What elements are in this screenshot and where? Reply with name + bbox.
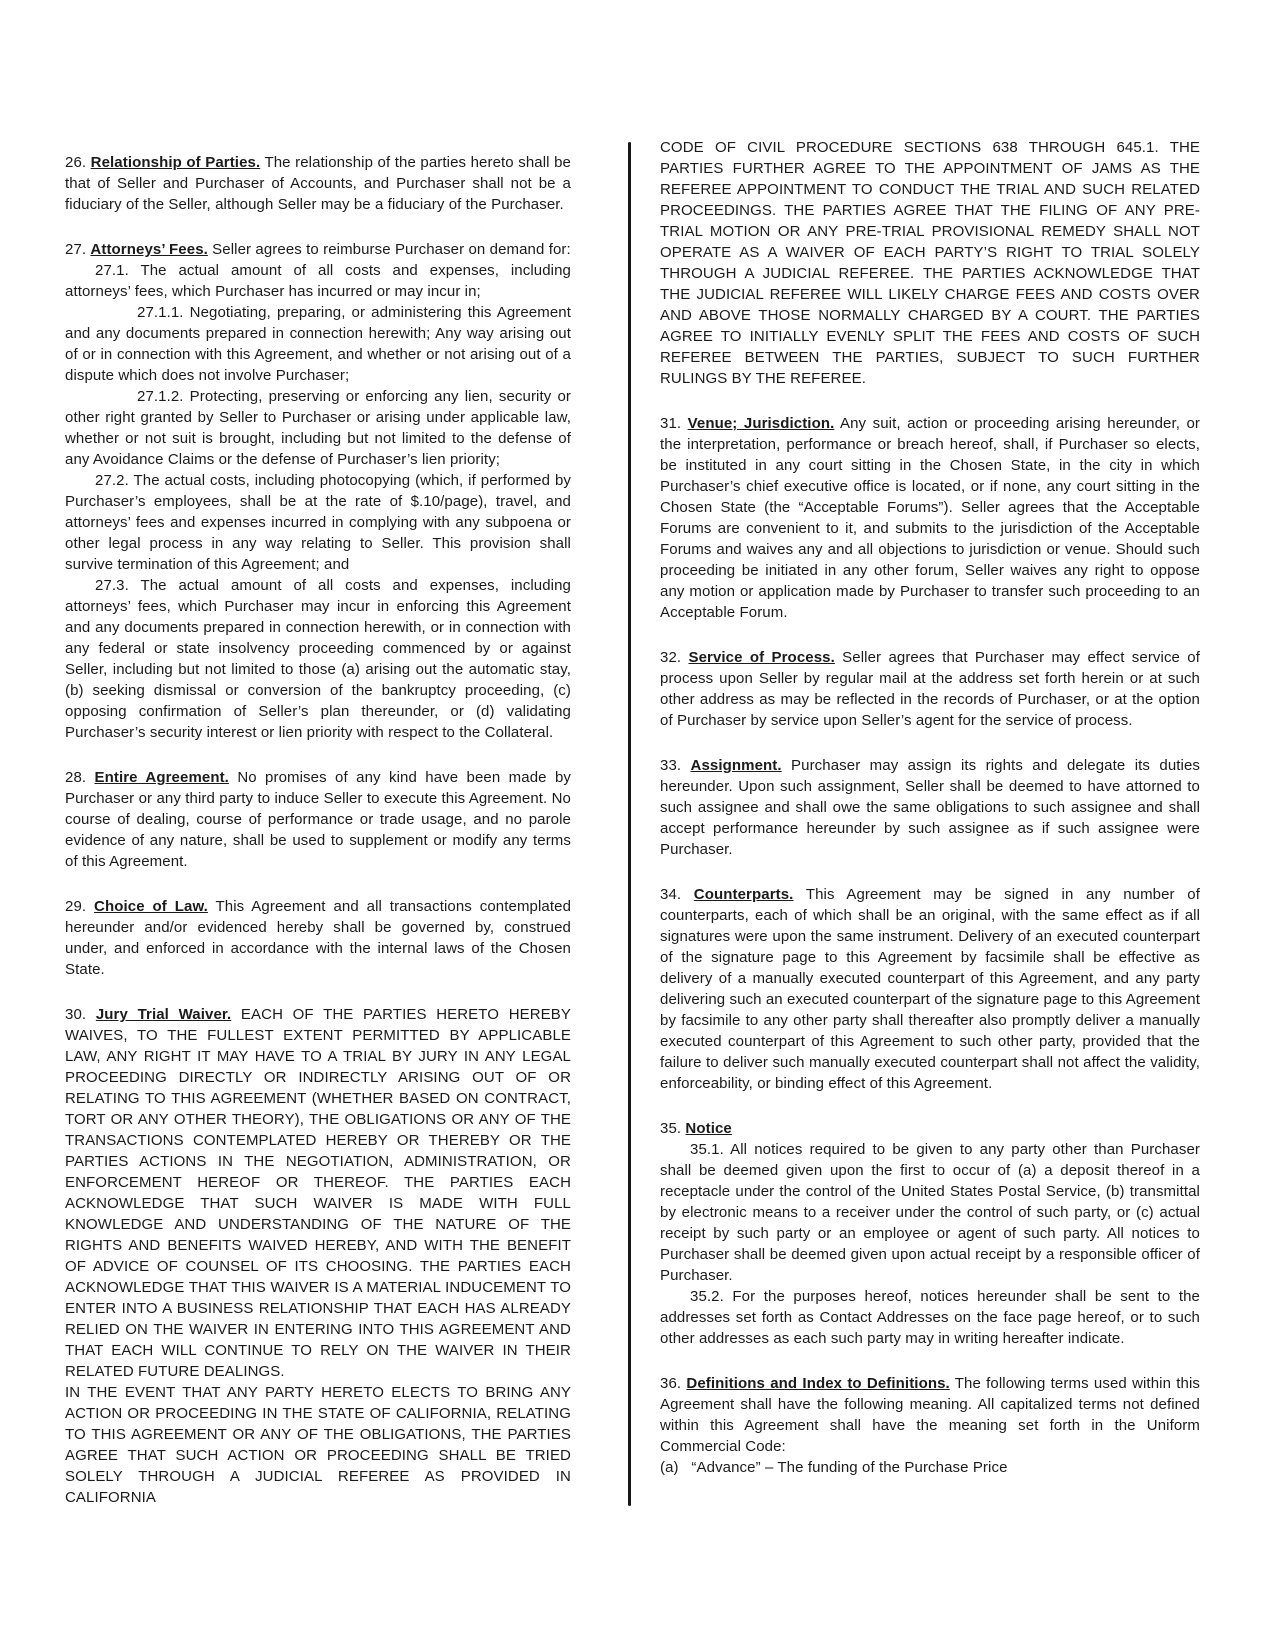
paragraph: 27.3. The actual amount of all costs and… xyxy=(65,575,571,743)
section-number: 34. xyxy=(660,886,694,903)
section-number: 36. xyxy=(660,1375,686,1392)
section-paragraph: 29. Choice of Law. This Agreement and al… xyxy=(65,896,571,980)
section-number: 28. xyxy=(65,769,95,786)
paragraph: (a) “Advance” – The funding of the Purch… xyxy=(660,1457,1200,1478)
right-column: CODE OF CIVIL PROCEDURE SECTIONS 638 THR… xyxy=(660,137,1200,1478)
paragraph: 27.1.1. Negotiating, preparing, or admin… xyxy=(65,302,571,386)
section-number: 31. xyxy=(660,415,688,432)
section-title: Counterparts. xyxy=(694,886,794,903)
paragraph: 27.2. The actual costs, including photoc… xyxy=(65,470,571,575)
section-paragraph: 30. Jury Trial Waiver. EACH OF THE PARTI… xyxy=(65,1004,571,1382)
section-paragraph: 36. Definitions and Index to Definitions… xyxy=(660,1373,1200,1457)
section-paragraph: 31. Venue; Jurisdiction. Any suit, actio… xyxy=(660,413,1200,623)
section-number: 30. xyxy=(65,1006,96,1023)
section-paragraph: 32. Service of Process. Seller agrees th… xyxy=(660,647,1200,731)
paragraph: CODE OF CIVIL PROCEDURE SECTIONS 638 THR… xyxy=(660,137,1200,389)
section-paragraph: 34. Counterparts. This Agreement may be … xyxy=(660,884,1200,1094)
section-paragraph: 27. Attorneys’ Fees. Seller agrees to re… xyxy=(65,239,571,260)
document-page: 26. Relationship of Parties. The relatio… xyxy=(0,0,1275,1650)
paragraph: 27.1.2. Protecting, preserving or enforc… xyxy=(65,386,571,470)
section-number: 32. xyxy=(660,649,688,666)
section-title: Attorneys’ Fees. xyxy=(90,241,207,258)
section-title: Definitions and Index to Definitions. xyxy=(686,1375,949,1392)
paragraph: 27.1. The actual amount of all costs and… xyxy=(65,260,571,302)
section-title: Jury Trial Waiver. xyxy=(96,1006,231,1023)
section-number: 33. xyxy=(660,757,691,774)
paragraph: IN THE EVENT THAT ANY PARTY HERETO ELECT… xyxy=(65,1382,571,1508)
section-paragraph: 35. Notice xyxy=(660,1118,1200,1139)
left-column: 26. Relationship of Parties. The relatio… xyxy=(65,152,571,1508)
section-title: Venue; Jurisdiction. xyxy=(688,415,835,432)
paragraph: 35.1. All notices required to be given t… xyxy=(660,1139,1200,1286)
section-title: Notice xyxy=(685,1120,731,1137)
section-number: 29. xyxy=(65,898,94,915)
section-paragraph: 28. Entire Agreement. No promises of any… xyxy=(65,767,571,872)
section-number: 27. xyxy=(65,241,90,258)
section-title: Entire Agreement. xyxy=(95,769,229,786)
section-paragraph: 26. Relationship of Parties. The relatio… xyxy=(65,152,571,215)
column-divider-line xyxy=(628,142,631,1506)
section-title: Choice of Law. xyxy=(94,898,208,915)
section-title: Assignment. xyxy=(691,757,782,774)
section-number: 35. xyxy=(660,1120,685,1137)
paragraph: 35.2. For the purposes hereof, notices h… xyxy=(660,1286,1200,1349)
section-title: Relationship of Parties. xyxy=(91,154,261,171)
section-title: Service of Process. xyxy=(688,649,834,666)
section-paragraph: 33. Assignment. Purchaser may assign its… xyxy=(660,755,1200,860)
section-number: 26. xyxy=(65,154,91,171)
